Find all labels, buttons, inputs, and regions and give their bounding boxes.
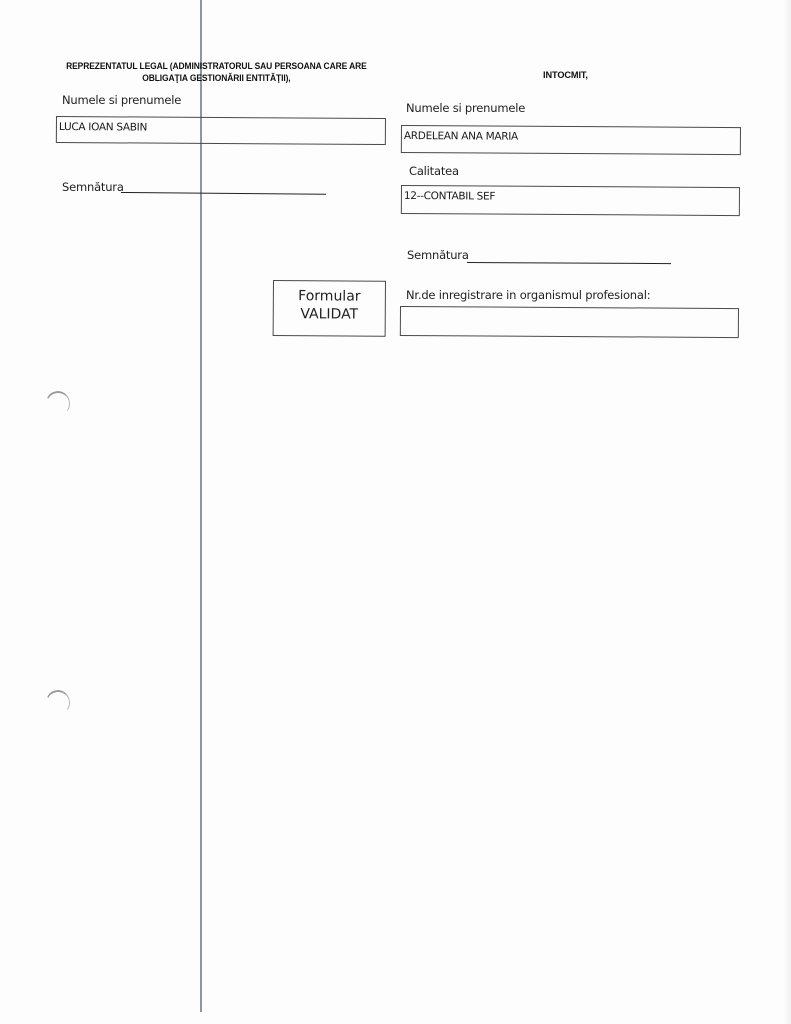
stamp-line1: Formular bbox=[274, 287, 385, 306]
scanned-document-page: REPREZENTATUL LEGAL (ADMINISTRATORUL SAU… bbox=[0, 0, 791, 1024]
prepared-by-heading: INTOCMIT, bbox=[543, 69, 588, 81]
legal-representative-heading: REPREZENTATUL LEGAL (ADMINISTRATORUL SAU… bbox=[60, 60, 373, 84]
form-validated-stamp: Formular VALIDAT bbox=[273, 280, 386, 337]
scan-edge-shadow bbox=[785, 0, 791, 1024]
legal-heading-line2: OBLIGAŢIA GESTIONĂRII ENTITĂŢII), bbox=[60, 72, 373, 84]
quality-label: Calitatea bbox=[409, 164, 459, 178]
quality-field[interactable]: 12--CONTABIL SEF bbox=[401, 185, 740, 216]
stamp-line2: VALIDAT bbox=[274, 305, 385, 324]
registration-number-field[interactable] bbox=[400, 306, 739, 338]
punch-hole-icon bbox=[44, 688, 72, 717]
registration-number-label: Nr.de inregistrare in organismul profesi… bbox=[406, 288, 650, 302]
legal-name-label: Numele si prenumele bbox=[62, 93, 181, 107]
fold-line bbox=[200, 0, 202, 1012]
legal-name-field[interactable]: LUCA IOAN SABIN bbox=[56, 116, 386, 145]
prepared-signature-line[interactable] bbox=[467, 262, 671, 264]
prepared-name-label: Numele si prenumele bbox=[406, 101, 525, 115]
punch-hole-icon bbox=[44, 389, 72, 418]
legal-signature-line[interactable] bbox=[121, 192, 326, 195]
legal-heading-line1: REPREZENTATUL LEGAL (ADMINISTRATORUL SAU… bbox=[60, 60, 373, 72]
legal-signature-label: Semnătura bbox=[62, 180, 124, 194]
prepared-name-field[interactable]: ARDELEAN ANA MARIA bbox=[401, 125, 741, 155]
prepared-signature-label: Semnătura bbox=[407, 248, 469, 262]
